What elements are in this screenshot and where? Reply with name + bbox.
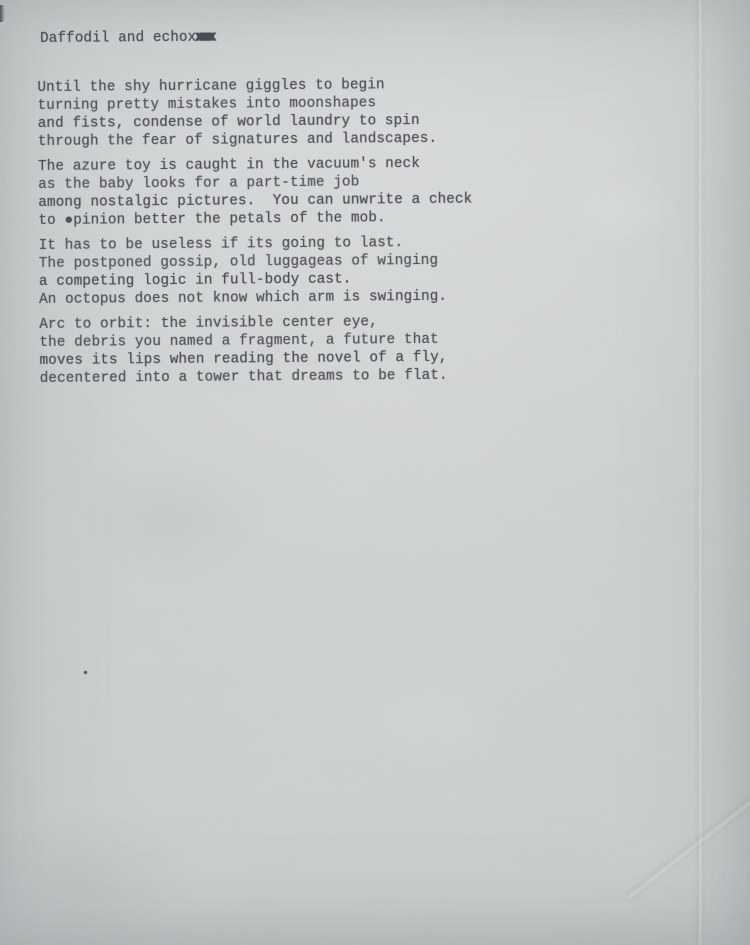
- paper-sheet: Daffodil and echoxxxxx Until the shy hur…: [0, 0, 750, 945]
- paper-crease-corner: [623, 731, 750, 902]
- paper-speck: [84, 671, 87, 674]
- poem: Daffodil and echoxxxxx Until the shy hur…: [37, 25, 680, 395]
- stanza: It has to be useless if its going to las…: [39, 232, 680, 309]
- paper-edge-notch: [0, 5, 5, 22]
- poem-title: Daffodil and echoxxxxx: [37, 25, 677, 48]
- poem-title-overstrike: xxxx: [195, 30, 211, 46]
- poem-line: decentered into a tower that dreams to b…: [40, 365, 680, 388]
- poem-line: An octopus does not know which arm is sw…: [39, 286, 679, 309]
- paper-crease-right: [694, 0, 706, 945]
- poem-title-text: Daffodil and echox: [40, 30, 196, 47]
- poem-stanzas: Until the shy hurricane giggles to begin…: [37, 74, 679, 388]
- poem-line: to ●pinion better the petals of the mob.: [38, 207, 678, 230]
- poem-line: through the fear of signatures and lands…: [38, 128, 678, 151]
- stanza: Arc to orbit: the invisible center eye,t…: [39, 311, 680, 388]
- stanza: The azure toy is caught in the vacuum's …: [38, 153, 679, 230]
- stanza: Until the shy hurricane giggles to begin…: [37, 74, 678, 151]
